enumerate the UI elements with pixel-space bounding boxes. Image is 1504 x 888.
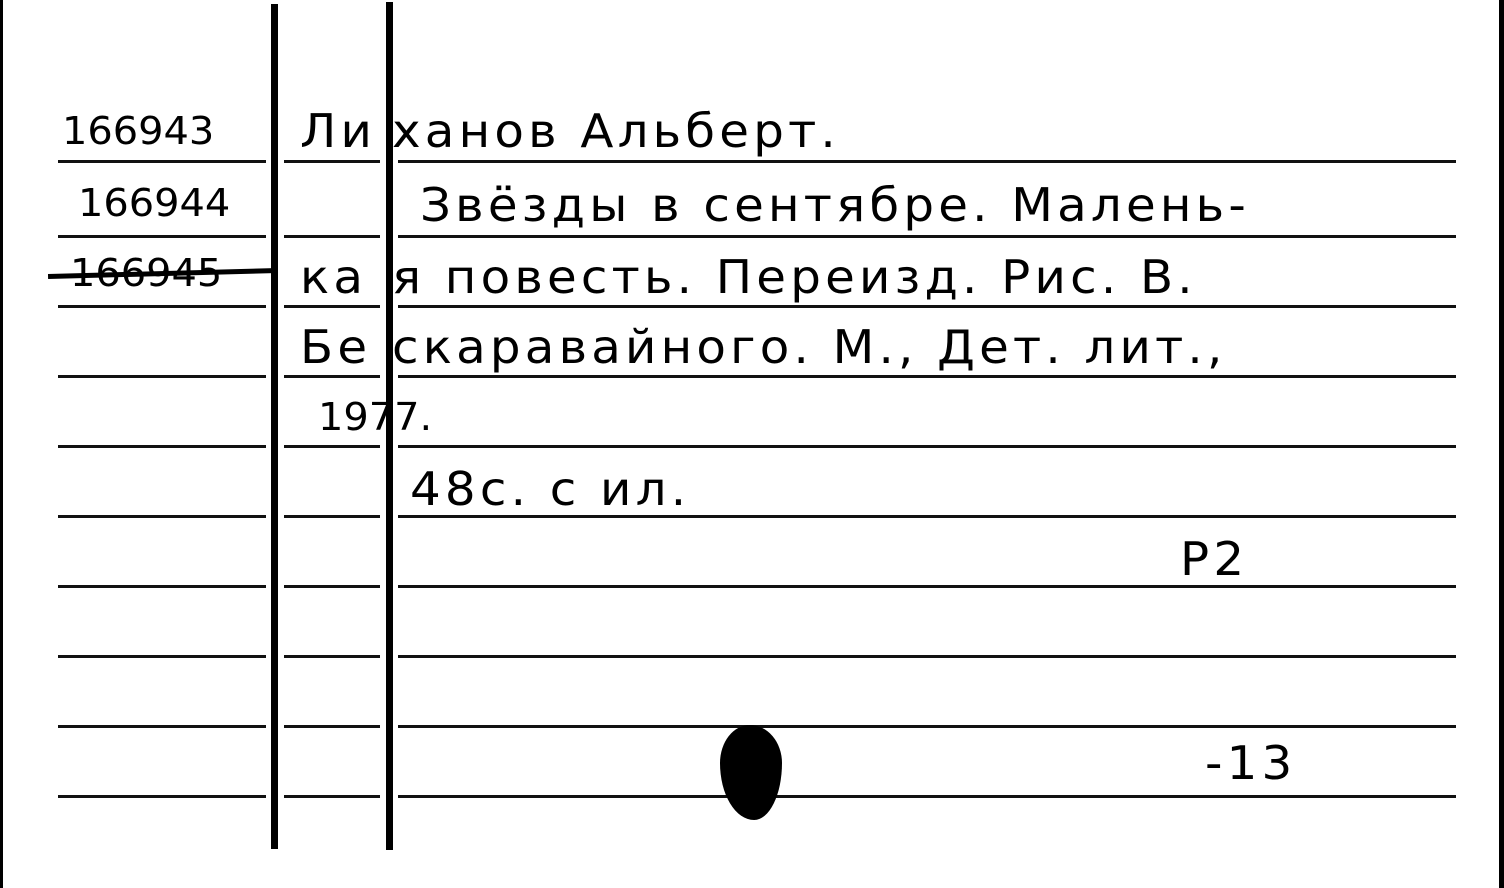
illustrator-publisher-line: скаравайного. М., Дет. лит.,	[392, 324, 1227, 370]
price: -13	[1205, 740, 1296, 786]
ruled-line	[398, 655, 1456, 658]
inventory-number-2: 166944	[78, 184, 230, 222]
ruled-line	[398, 160, 1456, 163]
inventory-number-1: 166943	[62, 112, 214, 150]
title-line-2: я повесть. Переизд. Рис. В.	[392, 254, 1197, 300]
ruled-line	[58, 375, 266, 378]
page-count: 48с. с ил.	[410, 466, 690, 512]
ruled-line	[58, 235, 266, 238]
ruled-line	[284, 445, 380, 448]
ruled-line	[398, 305, 1456, 308]
ruled-line	[398, 235, 1456, 238]
classification-code: Р2	[1180, 536, 1248, 582]
ruled-line	[284, 795, 380, 798]
ruled-line	[284, 655, 380, 658]
ruled-line	[58, 795, 266, 798]
title-line-2-start: ка	[300, 254, 367, 300]
ruled-line	[58, 655, 266, 658]
ruled-line	[398, 725, 1456, 728]
ruled-line	[58, 585, 266, 588]
ruled-line	[398, 585, 1456, 588]
title-line-1: Звёзды в сентябре. Малень-	[420, 182, 1250, 228]
author-surname-start: Ли	[300, 108, 376, 154]
card-right-edge	[1499, 0, 1504, 888]
ruled-line	[398, 795, 1456, 798]
ruled-line	[58, 445, 266, 448]
card-left-edge	[0, 0, 3, 888]
column-divider-left	[271, 4, 278, 849]
ruled-line	[398, 375, 1456, 378]
ruled-line	[58, 725, 266, 728]
ruled-line	[58, 515, 266, 518]
ruled-line	[284, 235, 380, 238]
illustrator-line-start: Бе	[300, 324, 371, 370]
author-name: ханов Альберт.	[392, 108, 840, 154]
catalog-card: 166943 166944 166945 Ли ханов Альберт. З…	[0, 0, 1504, 888]
ruled-line	[398, 445, 1456, 448]
ink-blot	[720, 725, 782, 820]
ruled-line	[284, 725, 380, 728]
ruled-line	[284, 160, 380, 163]
ruled-line	[284, 585, 380, 588]
ruled-line	[58, 160, 266, 163]
ruled-line	[284, 515, 380, 518]
ruled-line	[58, 305, 266, 308]
ruled-line	[284, 305, 380, 308]
publication-year: 1977.	[318, 398, 432, 436]
ruled-line	[284, 375, 380, 378]
